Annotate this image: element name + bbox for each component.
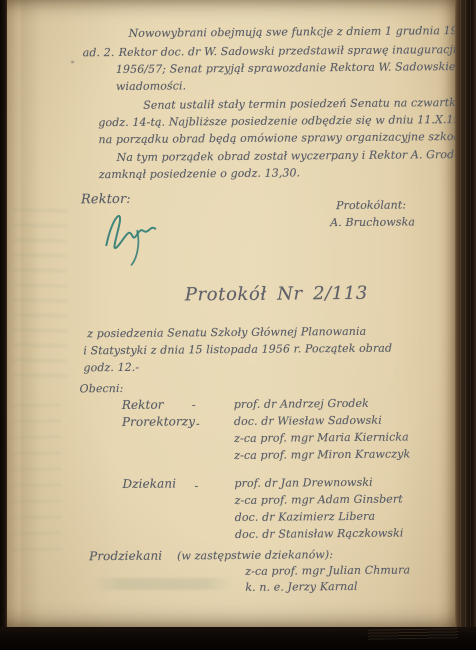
book-right-edge (455, 0, 476, 650)
attendee-name: doc. dr Stanisław Rączkowski (235, 527, 404, 541)
book-bottom-edge (0, 627, 476, 650)
attendee-name: prof. dr Andrzej Grodek (234, 397, 369, 411)
rektor-signature (92, 201, 173, 268)
protokolant-label: Protokólant: (336, 198, 406, 212)
handwritten-line: godz. 14-tą. Najbliższe posiedzenie odbę… (98, 113, 476, 129)
attendee-name: doc. dr Wiesław Sadowski (234, 414, 382, 428)
attendee-dash: - (196, 417, 200, 430)
attendee-name: z-ca prof. mgr Adam Ginsbert (235, 493, 403, 507)
book-left-edge (0, 0, 7, 650)
handwritten-line: 1956/57; Senat przyjął sprawozdanie Rekt… (116, 60, 476, 76)
attendee-name: z-ca prof. mgr Maria Kiernicka (234, 430, 409, 445)
protocol-title: Protokół Nr 2/113 (185, 283, 368, 306)
handwritten-line: wiadomości. (116, 79, 186, 93)
attendee-role: Rektor (122, 399, 164, 412)
attendee-role: Prodziekani (89, 550, 162, 564)
handwritten-line: Nowowybrani obejmują swe funkcje z dniem… (128, 24, 476, 40)
signature-stroke (92, 201, 173, 268)
page-stack-texture (455, 0, 476, 650)
handwritten-line: zamknął posiedzenie o godz. 13,30. (99, 166, 301, 181)
handwritten-line: Na tym porządek obrad został wyczerpany … (117, 148, 468, 164)
handwritten-line: z posiedzenia Senatu Szkoły Głównej Plan… (87, 325, 366, 340)
handwritten-line: i Statystyki z dnia 15 listopada 1956 r.… (83, 342, 392, 358)
handwritten-line: godz. 12.- (83, 361, 139, 374)
attendee-name: z-ca prof. mgr Julian Chmura (245, 563, 410, 577)
attendee-dash: - (194, 479, 198, 492)
protokolant-name: A. Bruchowska (330, 215, 415, 229)
attendee-dash: - (192, 398, 196, 411)
attendee-role: Prorektorzy (122, 415, 195, 429)
attendee-name: k. n. e. Jerzy Karnal (245, 580, 357, 594)
attendee-role-suffix: (w zastępstwie dziekanów): (177, 548, 333, 562)
item-label: ad. 2. (83, 46, 115, 59)
attendee-role: Dziekani (122, 477, 176, 490)
handwritten-line: na porządku obrad będą omówione sprawy o… (98, 130, 465, 146)
handwritten-line: Senat ustalił stały termin posiedzeń Sen… (143, 96, 460, 112)
attendee-name: z-ca prof. mgr Miron Krawczyk (234, 447, 410, 462)
handwritten-line: Rektor doc. dr W. Sadowski przedstawił s… (119, 43, 476, 59)
page-stack-texture (368, 628, 458, 640)
attendee-name: doc. dr Kazimierz Libera (235, 510, 375, 524)
obecni-label: Obecni: (80, 382, 124, 395)
handwritten-content: Nowowybrani obejmują swe funkcje z dniem… (4, 0, 457, 629)
attendee-name: prof. dr Jan Drewnowski (234, 476, 372, 490)
scanned-page: Nowowybrani obejmują swe funkcje z dniem… (7, 0, 455, 627)
